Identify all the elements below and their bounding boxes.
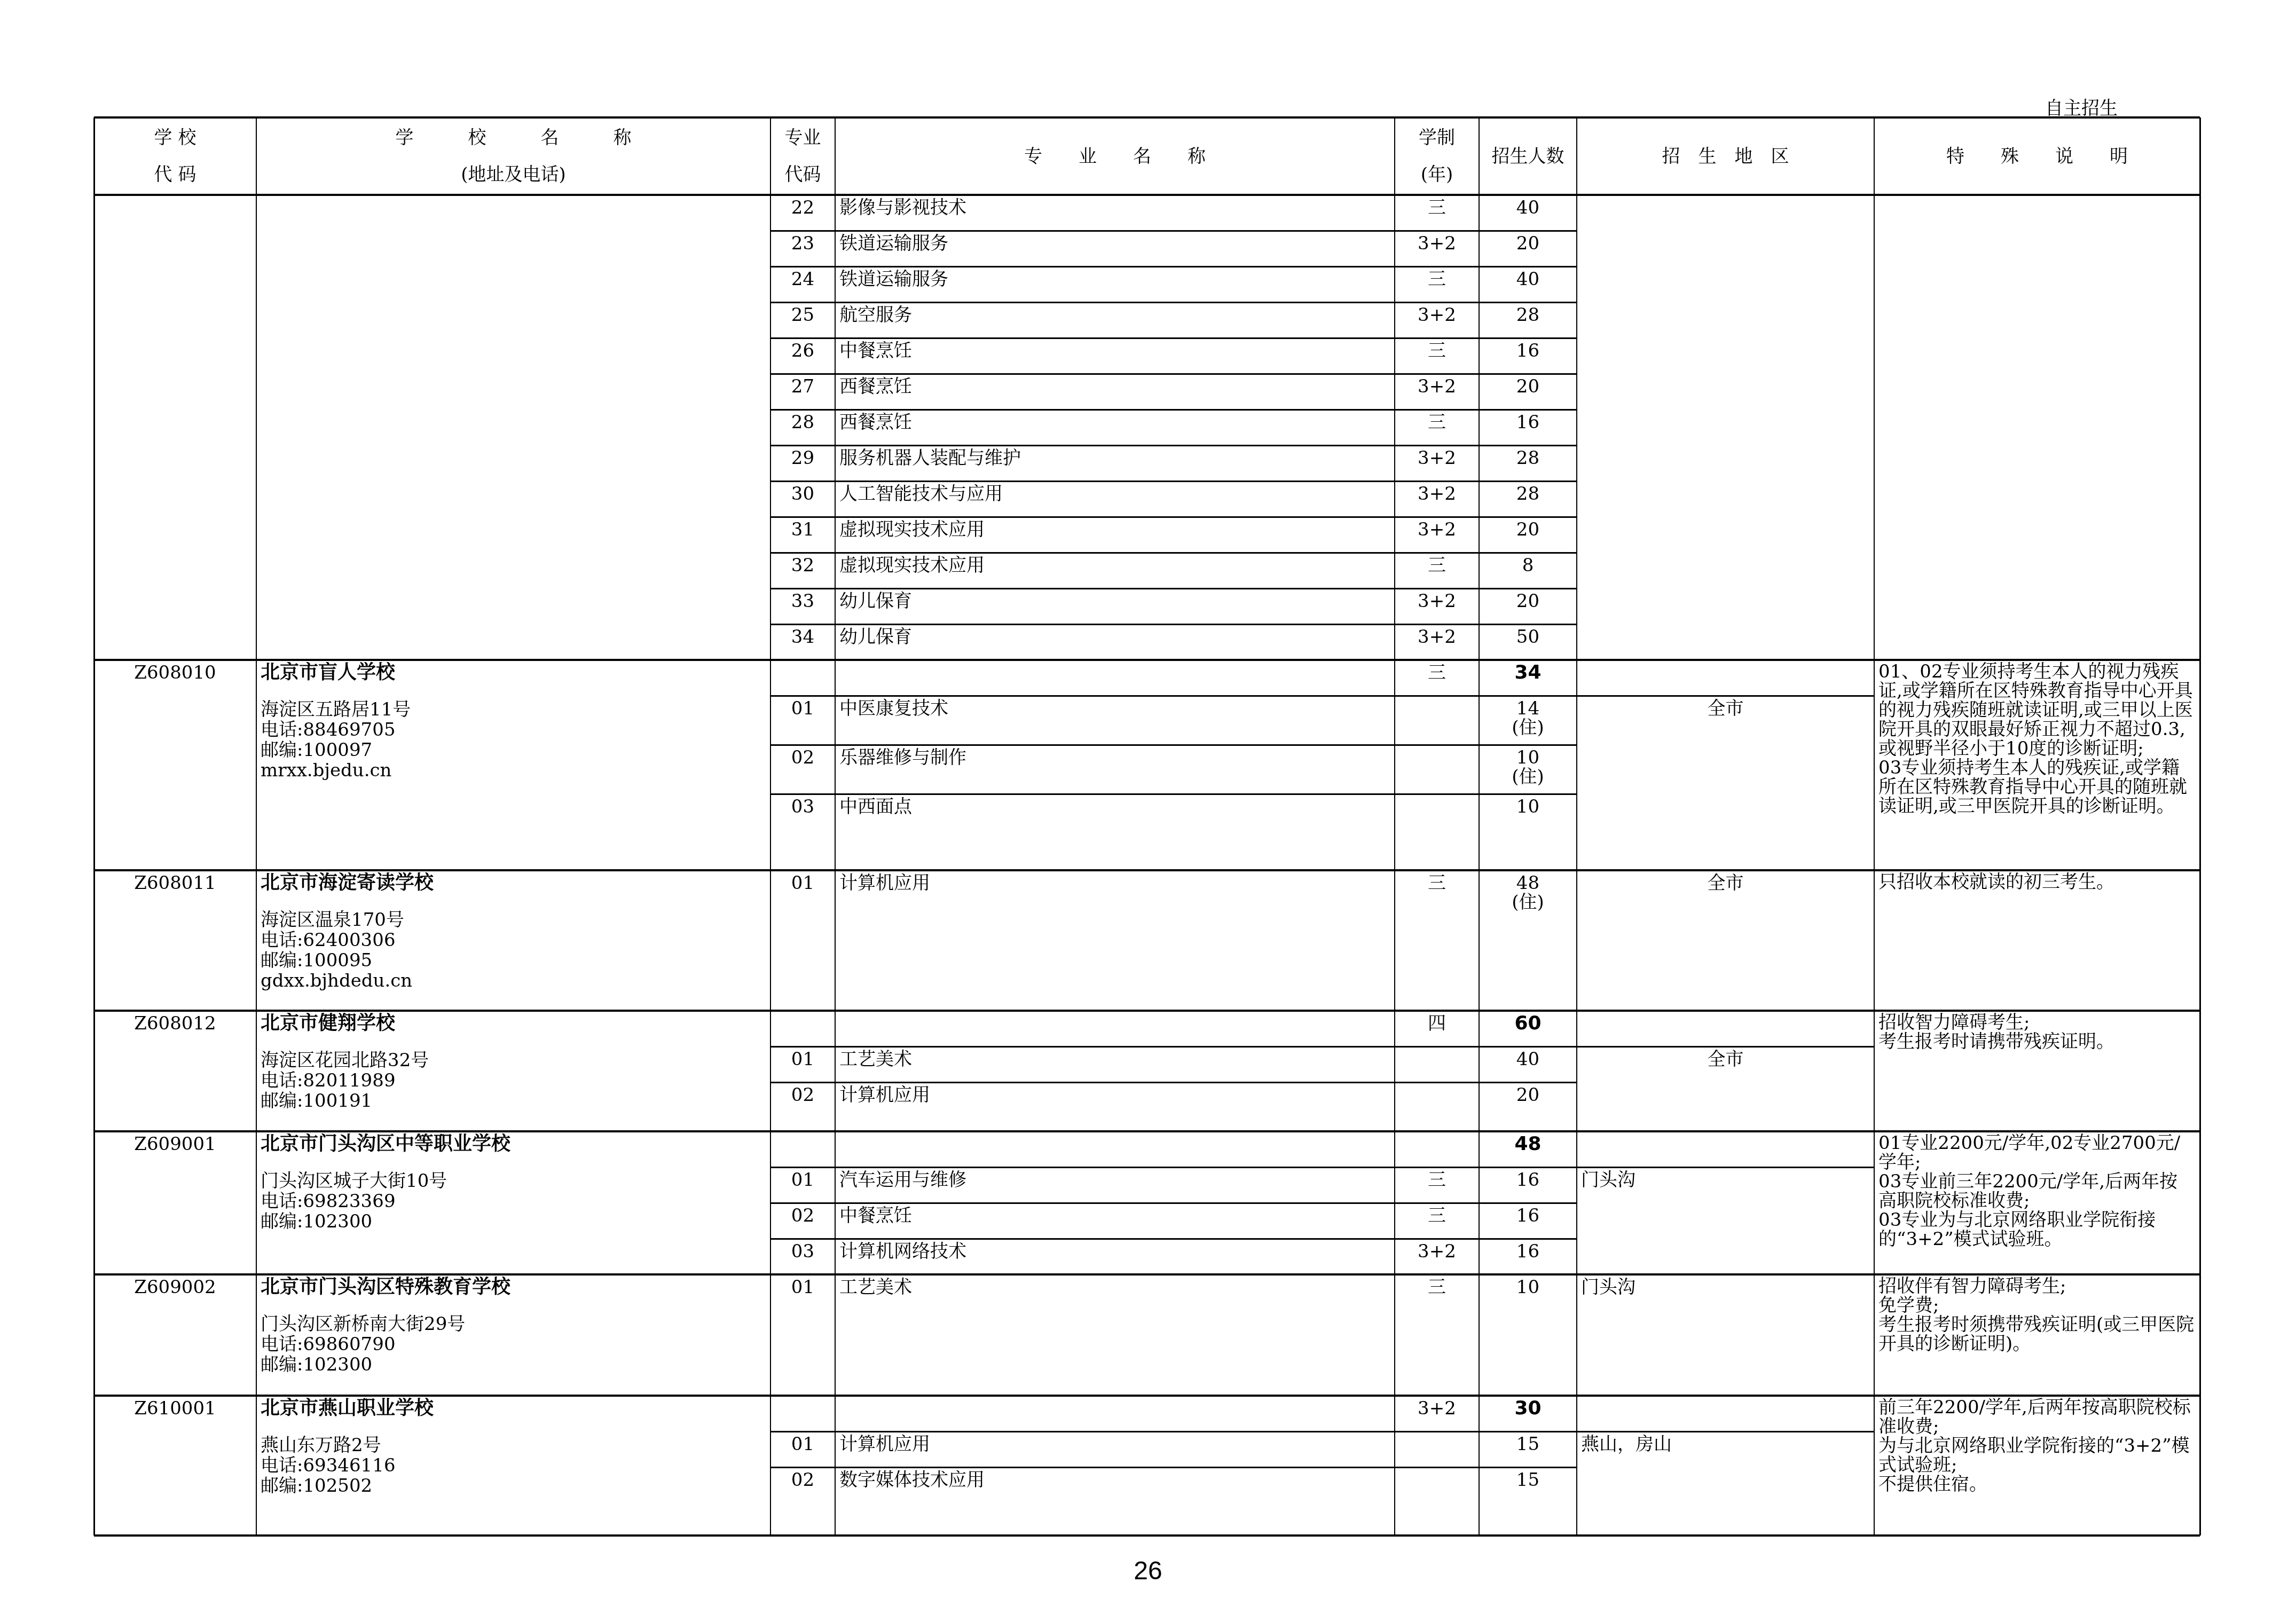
note-line: 前三年2200/学年,后两年按高职院校标准收费; — [1878, 1398, 2196, 1436]
special-notes: 招收智力障碍考生;考生报考时请携带残疾证明。 — [1878, 1013, 2196, 1129]
count-value: 14 — [1483, 698, 1572, 719]
rule — [770, 117, 771, 1536]
major-name: 虚拟现实技术应用 — [839, 555, 1390, 586]
school-address-line: 电话:69346116 — [261, 1455, 766, 1476]
count-value: 10 — [1483, 747, 1572, 768]
note-line: 01、02专业须持考生本人的视力残疾证,或学籍所在区特殊教育指导中心开具的视力残… — [1878, 662, 2196, 758]
rule — [94, 659, 2200, 661]
major-years: 3+2 — [1399, 447, 1475, 479]
count-value: 40 — [1483, 1049, 1572, 1070]
count-value: 16 — [1483, 340, 1572, 361]
major-name: 中医康复技术 — [839, 698, 1390, 743]
major-code: 31 — [775, 519, 831, 550]
count-note: (住) — [1483, 719, 1572, 736]
header-text: 学制 — [1419, 127, 1455, 148]
major-years — [1399, 1469, 1475, 1533]
count-value: 40 — [1483, 197, 1572, 218]
summary-years — [1399, 1133, 1475, 1165]
major-code: 33 — [775, 590, 831, 622]
school-address-line: 燕山东万路2号 — [261, 1435, 766, 1455]
count-value: 16 — [1483, 1169, 1572, 1191]
school-name: 北京市门头沟区中等职业学校 — [261, 1133, 766, 1155]
count-value: 48 — [1483, 872, 1572, 894]
major-code: 01 — [775, 1049, 831, 1080]
rule — [1479, 117, 1480, 1536]
major-count: 14(住) — [1483, 698, 1572, 743]
major-count: 10 — [1483, 1277, 1572, 1393]
count-value: 15 — [1483, 1469, 1572, 1491]
major-count: 20 — [1483, 233, 1572, 264]
major-name: 计算机应用 — [839, 1434, 1390, 1465]
major-count: 15 — [1483, 1434, 1572, 1465]
count-value: 20 — [1483, 233, 1572, 254]
region: 全市 — [1581, 1049, 1870, 1129]
school-address-line: 海淀区花园北路32号 — [261, 1050, 766, 1070]
major-code: 34 — [775, 626, 831, 658]
school-code: Z609001 — [98, 1133, 252, 1272]
rule — [1577, 695, 1874, 697]
rule — [256, 117, 257, 1536]
school-info — [261, 197, 766, 658]
school-info: 北京市门头沟区特殊教育学校门头沟区新桥南大街29号电话:69860790邮编:1… — [261, 1277, 766, 1393]
school-name: 北京市海淀寄读学校 — [261, 872, 766, 894]
major-name: 虚拟现实技术应用 — [839, 519, 1390, 550]
school-address-line: 邮编:100095 — [261, 950, 766, 971]
rule — [1576, 117, 1577, 1536]
note-line: 只招收本校就读的初三考生。 — [1878, 872, 2196, 892]
school-address-line: 电话:62400306 — [261, 930, 766, 950]
special-notes: 01、02专业须持考生本人的视力残疾证,或学籍所在区特殊教育指导中心开具的视力残… — [1878, 662, 2196, 868]
major-count: 28 — [1483, 447, 1572, 479]
count-value: 16 — [1483, 1205, 1572, 1226]
major-code: 27 — [775, 376, 831, 407]
rule — [1577, 1046, 1874, 1048]
count-note: (住) — [1483, 768, 1572, 785]
count-value: 40 — [1483, 269, 1572, 290]
major-code: 24 — [775, 269, 831, 300]
school-address-line: 海淀区温泉170号 — [261, 910, 766, 930]
header-enrollment: 招生人数 — [1483, 120, 1572, 193]
major-years: 三 — [1399, 412, 1475, 443]
special-notes: 前三年2200/学年,后两年按高职院校标准收费;为与北京网络职业学院衔接的“3+… — [1878, 1398, 2196, 1533]
summary-count: 30 — [1483, 1398, 1572, 1429]
major-years: 三 — [1399, 872, 1475, 1009]
rule — [1577, 1167, 1874, 1168]
major-name: 乐器维修与制作 — [839, 747, 1390, 792]
special-notes — [1878, 197, 2196, 658]
major-count: 16 — [1483, 1241, 1572, 1272]
major-name: 铁道运输服务 — [839, 233, 1390, 264]
note-line: 03专业前三年2200元/学年,后两年按高职院校标准收费; — [1878, 1172, 2196, 1210]
rule — [770, 230, 1577, 232]
major-name: 工艺美术 — [839, 1049, 1390, 1080]
count-value: 10 — [1483, 796, 1572, 817]
major-years: 三 — [1399, 1205, 1475, 1237]
major-code: 01 — [775, 872, 831, 1009]
school-code: Z608011 — [98, 872, 252, 1009]
count-value: 10 — [1483, 1277, 1572, 1298]
rule — [1394, 117, 1395, 1536]
major-count: 40 — [1483, 1049, 1572, 1080]
major-count: 16 — [1483, 1169, 1572, 1201]
major-name: 服务机器人装配与维护 — [839, 447, 1390, 479]
major-count: 20 — [1483, 519, 1572, 550]
major-count: 40 — [1483, 269, 1572, 300]
note-line: 01专业2200元/学年,02专业2700元/学年; — [1878, 1133, 2196, 1172]
count-value: 8 — [1483, 555, 1572, 576]
major-name: 幼儿保育 — [839, 626, 1390, 658]
count-value: 20 — [1483, 376, 1572, 397]
rule — [2199, 117, 2201, 1536]
major-count: 10(住) — [1483, 747, 1572, 792]
major-years: 三 — [1399, 197, 1475, 229]
count-value: 20 — [1483, 1084, 1572, 1106]
note-line: 为与北京网络职业学院衔接的“3+2”模式试验班; — [1878, 1436, 2196, 1475]
major-code: 32 — [775, 555, 831, 586]
school-address-line: 电话:69860790 — [261, 1334, 766, 1355]
school-code: Z610001 — [98, 1398, 252, 1533]
major-count: 40 — [1483, 197, 1572, 229]
rule — [94, 116, 2200, 119]
rule — [770, 409, 1577, 411]
major-code: 02 — [775, 747, 831, 792]
major-years: 三 — [1399, 555, 1475, 586]
summary-years: 3+2 — [1399, 1398, 1475, 1429]
rule — [94, 1010, 2200, 1012]
summary-years: 四 — [1399, 1013, 1475, 1044]
header-text: 专 业 名 称 — [1024, 146, 1206, 167]
rule — [770, 1167, 1577, 1168]
major-name: 计算机应用 — [839, 872, 1390, 1009]
major-name: 铁道运输服务 — [839, 269, 1390, 300]
school-address-line: 海淀区五路居11号 — [261, 699, 766, 720]
major-years: 三 — [1399, 340, 1475, 372]
major-years — [1399, 747, 1475, 792]
note-line: 考生报考时请携带残疾证明。 — [1878, 1032, 2196, 1051]
rule — [770, 373, 1577, 375]
special-notes: 招收伴有智力障碍考生;免学费;考生报考时须携带残疾证明(或三甲医院开具的诊断证明… — [1878, 1277, 2196, 1393]
count-value: 28 — [1483, 304, 1572, 326]
header-years: 学制(年) — [1399, 120, 1475, 193]
rule — [770, 445, 1577, 446]
special-notes: 只招收本校就读的初三考生。 — [1878, 872, 2196, 1009]
major-years: 三 — [1399, 1277, 1475, 1393]
rule — [770, 1238, 1577, 1240]
major-name: 计算机应用 — [839, 1084, 1390, 1129]
rule — [770, 266, 1577, 267]
school-address-line: 邮编:102300 — [261, 1211, 766, 1232]
count-note: (住) — [1483, 894, 1572, 911]
school-info: 北京市海淀寄读学校海淀区温泉170号电话:62400306邮编:100095gd… — [261, 872, 766, 1009]
region: 全市 — [1581, 698, 1870, 868]
major-years — [1399, 1084, 1475, 1129]
enrollment-table: 学 校代 码学 校 名 称(地址及电话)专业代码专 业 名 称学制(年)招生人数… — [0, 0, 2296, 1622]
header-school-code: 学 校代 码 — [98, 120, 252, 193]
major-code: 01 — [775, 698, 831, 743]
header-text: 特 殊 说 明 — [1946, 146, 2128, 167]
major-name: 幼儿保育 — [839, 590, 1390, 622]
major-count: 28 — [1483, 304, 1572, 336]
major-count: 10 — [1483, 796, 1572, 868]
note-line: 03专业须持考生本人的残疾证,或学籍所在区特殊教育指导中心开具的随班就读证明,或… — [1878, 758, 2196, 816]
major-years: 3+2 — [1399, 483, 1475, 515]
major-years — [1399, 1434, 1475, 1465]
rule — [94, 194, 2200, 196]
school-name: 北京市健翔学校 — [261, 1013, 766, 1034]
count-value: 15 — [1483, 1434, 1572, 1455]
header-text: 招生人数 — [1492, 146, 1564, 167]
header-text: 学 校 名 称 — [396, 127, 632, 148]
count-value: 50 — [1483, 626, 1572, 648]
school-info: 北京市门头沟区中等职业学校门头沟区城子大街10号电话:69823369邮编:10… — [261, 1133, 766, 1272]
summary-count: 60 — [1483, 1013, 1572, 1044]
major-years: 3+2 — [1399, 590, 1475, 622]
rule — [770, 695, 1577, 697]
rule — [835, 117, 836, 1536]
school-code — [98, 197, 252, 658]
major-code: 03 — [775, 1241, 831, 1272]
region: 门头沟 — [1581, 1169, 1870, 1272]
major-count: 20 — [1483, 376, 1572, 407]
page-number: 26 — [0, 1556, 2296, 1586]
note-line: 不提供住宿。 — [1878, 1475, 2196, 1494]
header-school-name: 学 校 名 称(地址及电话) — [261, 120, 766, 193]
major-name: 数字媒体技术应用 — [839, 1469, 1390, 1533]
school-address-line: 邮编:102300 — [261, 1355, 766, 1375]
major-years: 3+2 — [1399, 304, 1475, 336]
school-address-line: 门头沟区城子大街10号 — [261, 1171, 766, 1191]
note-line: 招收智力障碍考生; — [1878, 1013, 2196, 1032]
header-text: 招 生 地 区 — [1662, 146, 1789, 167]
rule — [770, 516, 1577, 518]
rule — [770, 1467, 1577, 1468]
major-code: 23 — [775, 233, 831, 264]
major-code: 02 — [775, 1084, 831, 1129]
major-code: 01 — [775, 1277, 831, 1393]
rule — [770, 552, 1577, 554]
major-years: 3+2 — [1399, 233, 1475, 264]
major-name: 工艺美术 — [839, 1277, 1390, 1393]
school-address-line: 邮编:100097 — [261, 740, 766, 760]
major-code: 25 — [775, 304, 831, 336]
rule — [770, 1082, 1577, 1083]
school-address-line: mrxx.bjedu.cn — [261, 760, 766, 781]
region: 燕山，房山 — [1581, 1434, 1870, 1533]
major-years — [1399, 698, 1475, 743]
school-info: 北京市健翔学校海淀区花园北路32号电话:82011989邮编:100191 — [261, 1013, 766, 1129]
major-years — [1399, 796, 1475, 868]
school-address-line: 电话:82011989 — [261, 1070, 766, 1091]
rule — [94, 1273, 2200, 1275]
school-name: 北京市门头沟区特殊教育学校 — [261, 1277, 766, 1298]
major-count: 50 — [1483, 626, 1572, 658]
major-name: 西餐烹饪 — [839, 376, 1390, 407]
major-name: 中西面点 — [839, 796, 1390, 868]
major-years: 3+2 — [1399, 626, 1475, 658]
rule — [770, 588, 1577, 589]
rule — [770, 302, 1577, 303]
note-line: 招收伴有智力障碍考生; — [1878, 1277, 2196, 1296]
major-name: 计算机网络技术 — [839, 1241, 1390, 1272]
major-name: 中餐烹饪 — [839, 340, 1390, 372]
header-text: 代码 — [785, 164, 821, 185]
rule — [94, 1534, 2200, 1537]
major-count: 20 — [1483, 590, 1572, 622]
rule — [770, 481, 1577, 482]
major-name: 航空服务 — [839, 304, 1390, 336]
count-value: 28 — [1483, 447, 1572, 469]
major-count: 48(住) — [1483, 872, 1572, 1009]
school-name: 北京市燕山职业学校 — [261, 1398, 766, 1419]
rule — [770, 337, 1577, 339]
school-address-line: 电话:69823369 — [261, 1191, 766, 1211]
major-years — [1399, 1049, 1475, 1080]
rule — [770, 1046, 1577, 1048]
major-years: 三 — [1399, 269, 1475, 300]
header-text: (年) — [1421, 164, 1453, 185]
count-value: 20 — [1483, 590, 1572, 612]
school-address-line: 邮编:100191 — [261, 1091, 766, 1111]
summary-years: 三 — [1399, 662, 1475, 694]
special-notes: 01专业2200元/学年,02专业2700元/学年;03专业前三年2200元/学… — [1878, 1133, 2196, 1272]
header-text: (地址及电话) — [461, 164, 566, 185]
major-code: 03 — [775, 796, 831, 868]
note-line: 03专业为与北京网络职业学院衔接的“3+2”模式试验班。 — [1878, 1210, 2196, 1249]
header-notes: 特 殊 说 明 — [1878, 120, 2196, 193]
rule — [770, 744, 1577, 746]
major-code: 02 — [775, 1469, 831, 1533]
header-major-code: 专业代码 — [775, 120, 831, 193]
header-major-name: 专 业 名 称 — [839, 120, 1390, 193]
major-years: 3+2 — [1399, 519, 1475, 550]
header-text: 代 码 — [154, 164, 196, 185]
school-code: Z608012 — [98, 1013, 252, 1129]
rule — [1874, 117, 1875, 1536]
major-count: 8 — [1483, 555, 1572, 586]
major-years: 三 — [1399, 1169, 1475, 1201]
major-code: 01 — [775, 1434, 831, 1465]
count-value: 28 — [1483, 483, 1572, 505]
school-code: Z608010 — [98, 662, 252, 868]
major-code: 01 — [775, 1169, 831, 1201]
school-code: Z609002 — [98, 1277, 252, 1393]
school-address-line: 邮编:102502 — [261, 1476, 766, 1496]
major-code: 02 — [775, 1205, 831, 1237]
major-code: 26 — [775, 340, 831, 372]
major-name: 人工智能技术与应用 — [839, 483, 1390, 515]
count-value: 16 — [1483, 1241, 1572, 1262]
major-years: 3+2 — [1399, 376, 1475, 407]
summary-count: 34 — [1483, 662, 1572, 694]
major-name: 影像与影视技术 — [839, 197, 1390, 229]
summary-count: 48 — [1483, 1133, 1572, 1165]
school-address-line: gdxx.bjhdedu.cn — [261, 971, 766, 991]
count-value: 16 — [1483, 412, 1572, 433]
school-name: 北京市盲人学校 — [261, 662, 766, 683]
school-info: 北京市盲人学校海淀区五路居11号电话:88469705邮编:100097mrxx… — [261, 662, 766, 868]
major-name: 西餐烹饪 — [839, 412, 1390, 443]
major-count: 15 — [1483, 1469, 1572, 1533]
major-code: 30 — [775, 483, 831, 515]
count-value: 20 — [1483, 519, 1572, 540]
note-line: 考生报考时须携带残疾证明(或三甲医院开具的诊断证明)。 — [1878, 1315, 2196, 1353]
school-address-line: 门头沟区新桥南大街29号 — [261, 1314, 766, 1334]
major-count: 16 — [1483, 412, 1572, 443]
header-text: 学 校 — [154, 127, 196, 148]
rule — [770, 1202, 1577, 1204]
school-info: 北京市燕山职业学校燕山东万路2号电话:69346116邮编:102502 — [261, 1398, 766, 1533]
major-code: 22 — [775, 197, 831, 229]
major-years: 3+2 — [1399, 1241, 1475, 1272]
major-count: 28 — [1483, 483, 1572, 515]
major-code: 28 — [775, 412, 831, 443]
school-address-line: 电话:88469705 — [261, 720, 766, 740]
rule — [770, 793, 1577, 795]
major-code: 29 — [775, 447, 831, 479]
rule — [94, 1130, 2200, 1132]
header-text: 专业 — [785, 127, 821, 148]
major-count: 16 — [1483, 340, 1572, 372]
major-name: 汽车运用与维修 — [839, 1169, 1390, 1201]
rule — [770, 1431, 1577, 1432]
major-count: 20 — [1483, 1084, 1572, 1129]
region: 全市 — [1581, 872, 1870, 1009]
rule — [93, 117, 95, 1536]
region — [1581, 197, 1870, 658]
major-name: 中餐烹饪 — [839, 1205, 1390, 1237]
rule — [1577, 1431, 1874, 1432]
note-line: 免学费; — [1878, 1296, 2196, 1315]
region: 门头沟 — [1581, 1277, 1870, 1393]
rule — [94, 869, 2200, 871]
rule — [770, 624, 1577, 625]
rule — [94, 1395, 2200, 1397]
major-count: 16 — [1483, 1205, 1572, 1237]
header-region: 招 生 地 区 — [1581, 120, 1870, 193]
